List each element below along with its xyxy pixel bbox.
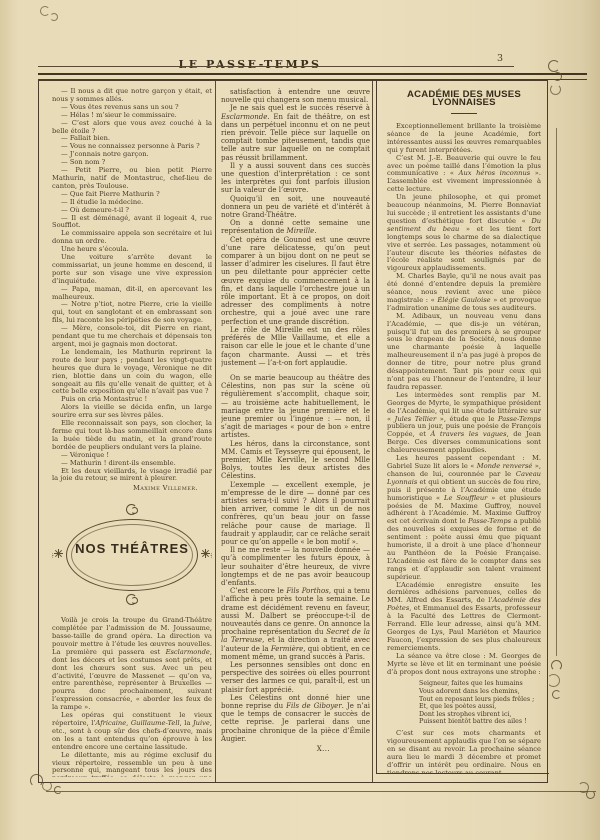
academie-paragraph: Un jeune philosophe, et qui promet beauc… [387,194,541,273]
scroll-ornament-icon [552,690,561,699]
masthead-rule-double [38,73,587,80]
column-separator-2 [372,81,373,782]
column-2: satisfaction à entendre une œuvre nouvel… [221,88,370,777]
theatre-paragraph: On se marie beaucoup au théâtre des Céle… [221,374,370,440]
theatre-paragraph: Je ne sais quel est le succès réservé à … [221,104,370,161]
scroll-ornament-icon [553,72,562,81]
verse-line: Tout en reposant leurs pieds frêles ; [419,696,541,704]
academie-paragraph: Les intermèdes sont remplis par M. Georg… [387,392,541,455]
title-rule [451,113,477,114]
theatre-paragraph: Les personnes sensibles ont donc en pers… [221,661,370,694]
scroll-ornament-icon [50,13,58,21]
story-paragraph: — Papa, maman, dit-il, en apercevant les… [52,286,212,302]
academie-paragraph: M. Charles Bayle, qu’il ne nous avait pa… [387,273,541,313]
page-frame: — Il nous a dit que notre garçon y était… [38,80,548,783]
verse-line: Dont les strophes vibrent ici, [419,711,541,719]
scroll-ornament-icon [547,674,560,687]
story-paragraph: — Petit Pierre, ou bien petit Pierre Mat… [52,167,212,191]
scroll-ornament-icon [42,781,52,791]
academie-content: ACADÉMIE DES MUSES LYONNAISES Exceptionn… [387,91,541,774]
theatre-paragraph: Les Célestins ont donné hier une bonne r… [221,694,370,743]
academie-paragraph: M. Adibaux, un nouveau venu dans l’Acadé… [387,313,541,392]
scroll-ornament-icon [40,6,50,16]
scroll-ornament-icon [551,660,562,671]
story-paragraph: Et les deux vieillards, le visage irradi… [52,468,212,484]
star-ornament-icon [52,553,53,559]
scroll-curl-icon [125,592,139,606]
celestins-paragraphs: On se marie beaucoup au théâtre des Céle… [221,374,370,743]
academie-paragraph: C’est M. J.-E. Beauverie qui ouvre le fe… [387,155,541,195]
academie-paragraph: L’Académie enregistre ensuite les derniè… [387,582,541,653]
verse-line: Seigneur, faites que les humains [419,680,541,688]
scroll-ornament-icon [54,786,62,794]
story-paragraph: — Mère, console-toi, dit Pierre en riant… [52,325,212,349]
scroll-curl-icon [125,502,139,516]
theatre-paragraphs-continued: satisfaction à entendre une œuvre nouvel… [221,88,370,367]
story-paragraph: Alors la vieille se décida enfin, un lar… [52,404,212,420]
story-paragraph: — Il nous a dit que notre garçon y était… [52,88,212,104]
column-3-academie-box: ACADÉMIE DES MUSES LYONNAISES Exceptionn… [376,81,549,774]
story-paragraph: — Il est déménagé, avant il logeait 4, r… [52,215,212,231]
signature-maxime-villemer: Maxime Villemer. [52,485,212,493]
bottom-edge-rule [46,791,596,792]
section-title-nos-theatres: NOS THÉÂTRES [54,545,210,553]
masthead-title: LE PASSE-TEMPS [38,58,462,71]
academie-section-title: ACADÉMIE DES MUSES LYONNAISES [387,91,541,107]
theatre-paragraph: Voilà je crois la troupe du Grand-Théâtr… [52,617,212,712]
nos-theatres-cartouche-ornament: NOS THÉÂTRES [54,498,210,612]
theatre-paragraph: Le rôle de Mireille est un des rôles pré… [221,326,370,367]
page-number: 3 [497,53,503,64]
theatre-paragraph: Cet opéra de Gounod est une œuvre d’une … [221,236,370,326]
academie-closing-paragraph: C’est sur ces mots charmants et vigoureu… [387,730,541,774]
verse-line: Vous adorent dans les chemins, [419,688,541,696]
signature-x: X... [221,745,370,753]
theatre-paragraph: satisfaction à entendre une œuvre nouvel… [221,88,370,104]
theatre-paragraph: Les héros, dans la circonstance, sont MM… [221,440,370,481]
scroll-ornament-icon [550,84,561,95]
story-paragraph: Elle reconnaissait son pays, son clocher… [52,420,212,452]
story-paragraph: Le commissaire appela son secrétaire et … [52,230,212,246]
story-paragraph: — Notre p’tiot, notre Pierre, crie la vi… [52,301,212,325]
star-ornament-icon [211,553,212,559]
theatre-paragraphs: Voilà je crois la troupe du Grand-Théâtr… [52,617,212,777]
story-paragraph: — C’est alors que vous avez couché à la … [52,120,212,136]
newspaper-page: LE PASSE-TEMPS 3 — Il nous a dit que not… [0,0,600,840]
theatre-paragraph: L’exemple — excellent exemple, je m’empr… [221,481,370,547]
academie-paragraph: Exceptionnellement brillante la troisièm… [387,123,541,155]
story-paragraph: Le lendemain, les Mathurin reprirent la … [52,349,212,396]
theatre-paragraph: Le dilettante, mis au régime exclusif du… [52,752,212,777]
theatre-paragraph: Quoiqu’il en soit, une nouveauté donnera… [221,195,370,220]
academie-paragraph: La séance va être close : M. Georges de … [387,653,541,677]
right-edge-rule [556,128,557,656]
academie-paragraph: Les heures passent cependant : M. Gabrie… [387,455,541,582]
story-paragraph: Une voiture s’arrête devant le commissar… [52,254,212,286]
theatre-paragraph: Les opéras qui constituent le vieux répe… [52,712,212,752]
verse-line: Et, que les poètes aussi, [419,703,541,711]
theatre-paragraph: Il ne me reste — la nouvelle donnée — qu… [221,546,370,587]
verse-line: Puissent bientôt battre des ailes ! [419,718,541,726]
masthead-rule-thin [38,66,514,67]
column-separator-1 [215,81,216,782]
scroll-ornament-icon [548,60,560,72]
theatre-paragraph: Il y a aussi souvent dans ces succès une… [221,162,370,195]
story-paragraphs: — Il nous a dit que notre garçon y était… [52,88,212,483]
verse-strophe: Seigneur, faites que les humainsVous ado… [419,680,541,726]
theatre-paragraph: C’est encore le Fils Porthos, qui a tenu… [221,587,370,661]
academie-paragraphs: Exceptionnellement brillante la troisièm… [387,123,541,676]
theatre-paragraph: On a donné cette semaine une représentat… [221,219,370,235]
column-1: — Il nous a dit que notre garçon y était… [52,88,212,777]
